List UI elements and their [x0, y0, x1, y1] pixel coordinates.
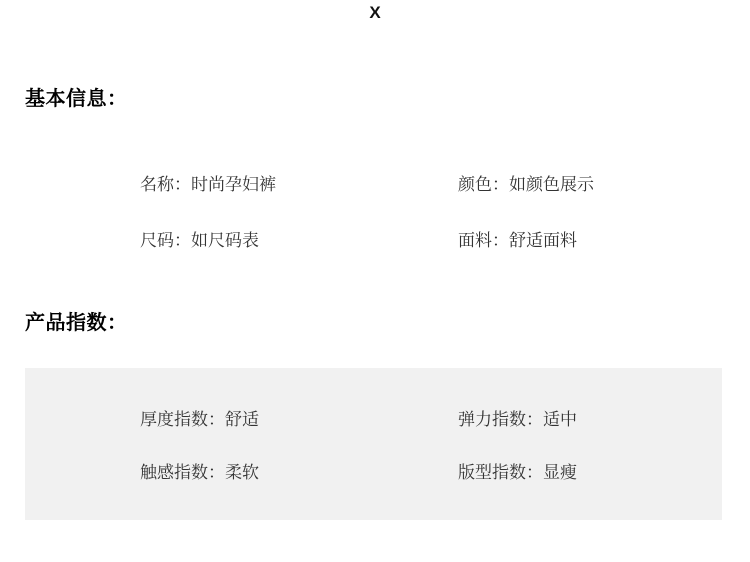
field-value: 柔软 — [225, 463, 259, 482]
basic-info-item-color: 颜色：如颜色展示 — [458, 173, 720, 197]
product-index-panel: 厚度指数：舒适 弹力指数：适中 触感指数：柔软 版型指数：显瘦 — [25, 368, 722, 520]
field-label: 面料： — [458, 231, 509, 250]
field-value: 时尚孕妇裤 — [191, 175, 276, 194]
field-label: 尺码： — [140, 231, 191, 250]
close-button[interactable]: X — [0, 2, 750, 24]
field-value: 适中 — [543, 410, 577, 429]
basic-info-item-fabric: 面料：舒适面料 — [458, 229, 720, 253]
index-item-touch: 触感指数：柔软 — [140, 461, 458, 485]
basic-info-heading: 基本信息： — [25, 86, 128, 112]
field-value: 如颜色展示 — [509, 175, 594, 194]
index-item-fit: 版型指数：显瘦 — [458, 461, 700, 485]
field-label: 厚度指数： — [140, 410, 225, 429]
field-value: 显瘦 — [543, 463, 577, 482]
field-value: 如尺码表 — [191, 231, 259, 250]
field-value: 舒适面料 — [509, 231, 577, 250]
field-value: 舒适 — [225, 410, 259, 429]
product-index-heading: 产品指数： — [25, 310, 128, 336]
basic-info-item-size: 尺码：如尺码表 — [140, 229, 458, 253]
index-item-thickness: 厚度指数：舒适 — [140, 408, 458, 432]
field-label: 触感指数： — [140, 463, 225, 482]
field-label: 名称： — [140, 175, 191, 194]
index-item-elasticity: 弹力指数：适中 — [458, 408, 700, 432]
field-label: 颜色： — [458, 175, 509, 194]
basic-info-grid: 名称：时尚孕妇裤 颜色：如颜色展示 尺码：如尺码表 面料：舒适面料 — [140, 173, 720, 253]
basic-info-item-name: 名称：时尚孕妇裤 — [140, 173, 458, 197]
field-label: 弹力指数： — [458, 410, 543, 429]
field-label: 版型指数： — [458, 463, 543, 482]
product-index-grid: 厚度指数：舒适 弹力指数：适中 触感指数：柔软 版型指数：显瘦 — [140, 408, 700, 485]
